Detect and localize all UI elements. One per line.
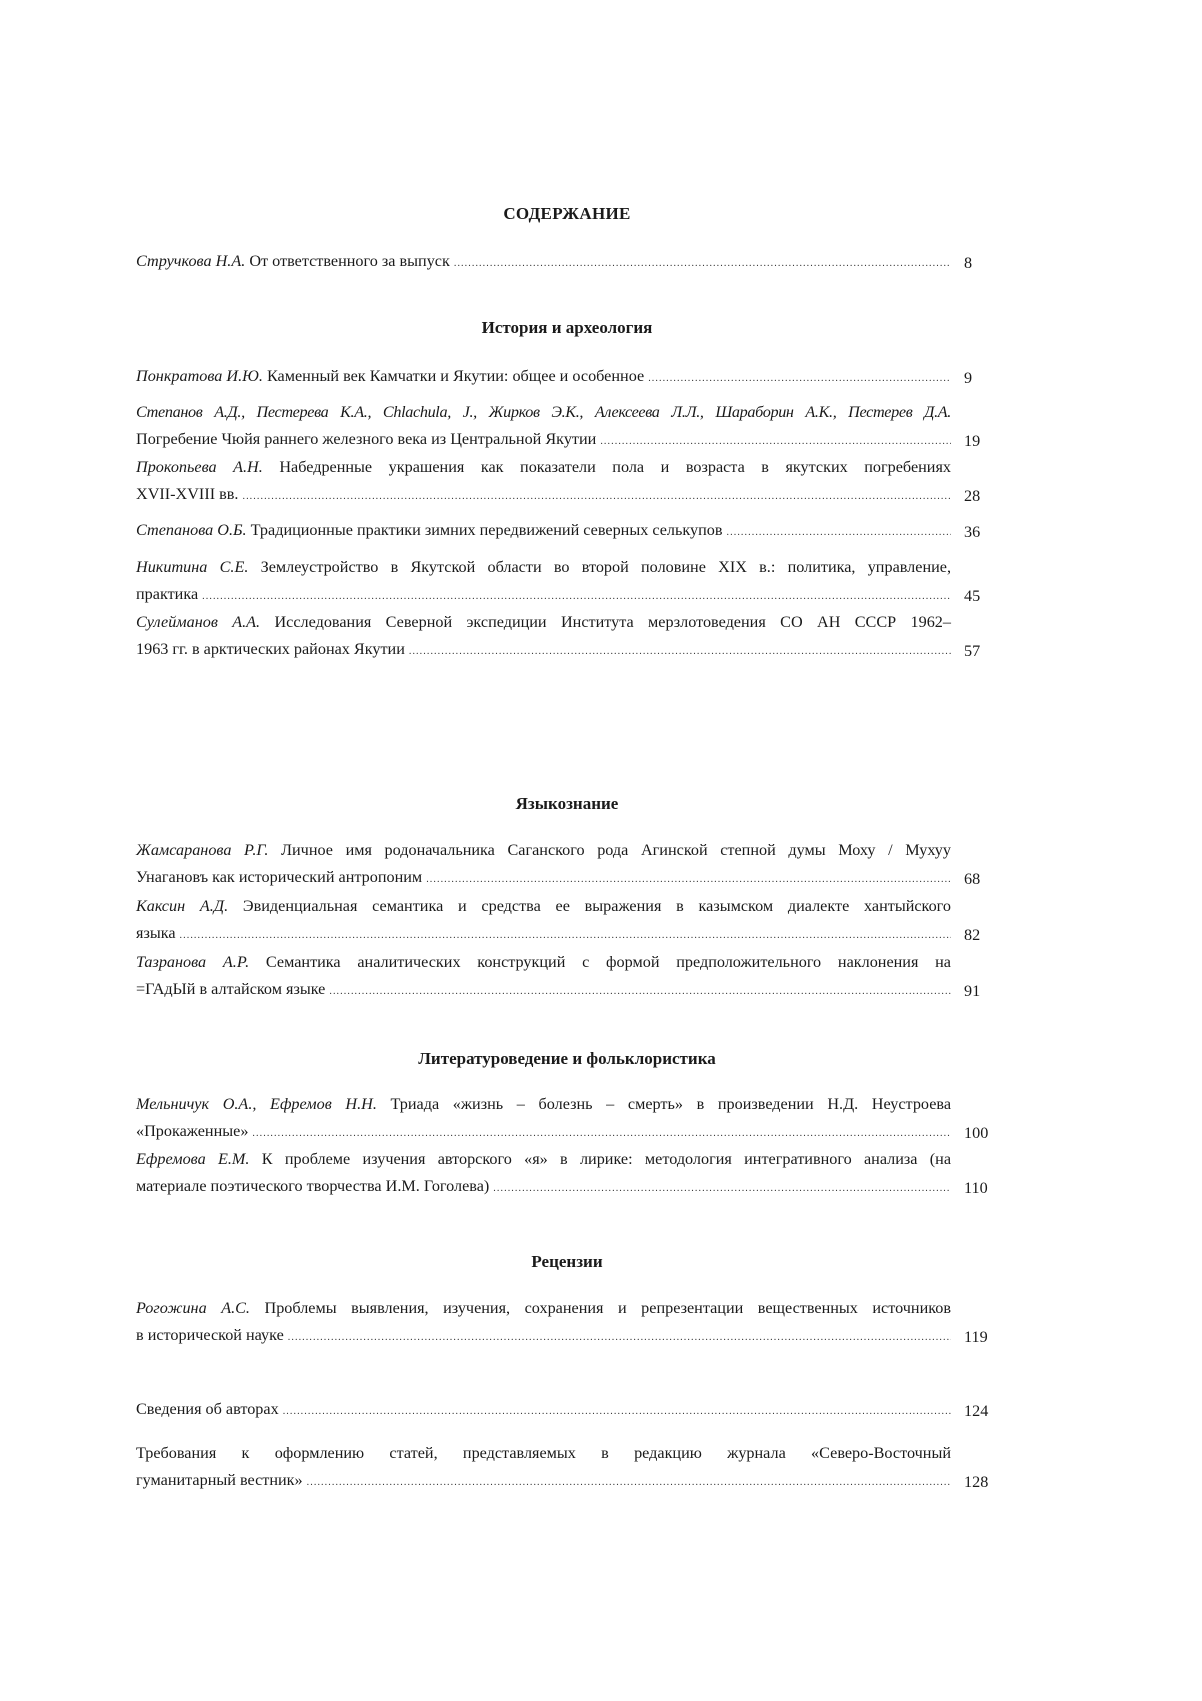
entry-page-number: 91 bbox=[964, 978, 1004, 1005]
dot-leader bbox=[180, 922, 951, 949]
toc-entry[interactable]: Мельничук О.А., Ефремов Н.Н. Триада «жиз… bbox=[136, 1091, 988, 1147]
entry-title: К проблеме изучения авторского «я» в лир… bbox=[262, 1150, 951, 1168]
entry-page-number: 82 bbox=[964, 922, 1004, 949]
entry-title: Триада «жизнь – болезнь – смерть» в прои… bbox=[391, 1095, 951, 1113]
entry-author: Никитина С.Е. bbox=[136, 558, 248, 576]
toc-entry[interactable]: Прокопьева А.Н. Набедренные украшения ка… bbox=[136, 454, 988, 510]
entry-title-cont: 1963 гг. в арктических районах Якутии bbox=[136, 636, 405, 663]
entry-page-number: 128 bbox=[964, 1469, 1004, 1496]
entry-title: Традиционные практики зимних передвижени… bbox=[251, 521, 723, 539]
dot-leader bbox=[307, 1469, 951, 1496]
entry-author: Тазранова А.Р. bbox=[136, 953, 249, 971]
dot-leader bbox=[426, 866, 951, 893]
entry-page-number: 9 bbox=[964, 365, 1004, 392]
entry-page-number: 110 bbox=[964, 1175, 1004, 1202]
toc-entry[interactable]: Сулейманов А.А. Исследования Северной эк… bbox=[136, 609, 988, 665]
toc-entry-authors-info[interactable]: Сведения об авторах 124 bbox=[136, 1396, 988, 1425]
entry-author: Степанова О.Б. bbox=[136, 521, 247, 539]
entry-author: Степанов А.Д., Пестерева К.А., Chlachula… bbox=[136, 399, 951, 426]
entry-author: Сулейманов А.А. bbox=[136, 613, 260, 631]
dot-leader bbox=[493, 1175, 951, 1202]
dot-leader bbox=[454, 250, 951, 277]
entry-title-cont: гуманитарный вестник» bbox=[136, 1467, 303, 1494]
entry-title-cont: =ГАдЫй в алтайском языке bbox=[136, 976, 325, 1003]
entry-title: От ответственного за выпуск bbox=[249, 252, 450, 270]
dot-leader bbox=[409, 638, 951, 665]
entry-page-number: 57 bbox=[964, 638, 1004, 665]
toc-entry[interactable]: Никитина С.Е. Землеустройство в Якутской… bbox=[136, 554, 988, 610]
toc-entry-requirements[interactable]: Требования к оформлению статей, представ… bbox=[136, 1440, 988, 1496]
entry-page-number: 100 bbox=[964, 1120, 1004, 1147]
toc-entry[interactable]: Ефремова Е.М. К проблеме изучения авторс… bbox=[136, 1146, 988, 1202]
entry-page-number: 124 bbox=[964, 1398, 1004, 1425]
entry-title: Проблемы выявления, изучения, сохранения… bbox=[265, 1299, 952, 1317]
entry-page-number: 8 bbox=[964, 250, 1004, 277]
dot-leader bbox=[648, 365, 951, 392]
entry-page-number: 19 bbox=[964, 428, 1004, 455]
toc-entry[interactable]: Каксин А.Д. Эвиденциальная семантика и с… bbox=[136, 893, 988, 949]
entry-title: Эвиденциальная семантика и средства ее в… bbox=[243, 897, 951, 915]
entry-title-cont: материале поэтического творчества И.М. Г… bbox=[136, 1173, 489, 1200]
toc-entry[interactable]: Тазранова А.Р. Семантика аналитических к… bbox=[136, 949, 988, 1005]
entry-title-cont: XVII-XVIII вв. bbox=[136, 481, 238, 508]
entry-page-number: 68 bbox=[964, 866, 1004, 893]
section-title-history: История и археология bbox=[136, 318, 998, 338]
dot-leader bbox=[202, 583, 951, 610]
entry-title: Сведения об авторах bbox=[136, 1396, 279, 1423]
entry-page-number: 45 bbox=[964, 583, 1004, 610]
toc-entry[interactable]: Степанова О.Б. Традиционные практики зим… bbox=[136, 517, 988, 546]
entry-title: Семантика аналитических конструкций с фо… bbox=[266, 953, 951, 971]
entry-author: Рогожина А.С. bbox=[136, 1299, 250, 1317]
toc-entry-intro[interactable]: Стручкова Н.А. От ответственного за выпу… bbox=[136, 248, 988, 277]
entry-author: Понкратова И.Ю. bbox=[136, 367, 263, 385]
dot-leader bbox=[600, 428, 951, 455]
entry-title: Землеустройство в Якутской области во вт… bbox=[261, 558, 951, 576]
entry-page-number: 28 bbox=[964, 483, 1004, 510]
entry-title-cont: практика bbox=[136, 581, 198, 608]
entry-title-cont: «Прокаженные» bbox=[136, 1118, 248, 1145]
entry-title: Каменный век Камчатки и Якутии: общее и … bbox=[267, 367, 644, 385]
dot-leader bbox=[329, 978, 951, 1005]
entry-author: Ефремова Е.М. bbox=[136, 1150, 249, 1168]
entry-title: Требования к оформлению статей, представ… bbox=[136, 1440, 951, 1467]
toc-entry[interactable]: Жамсаранова Р.Г. Личное имя родоначальни… bbox=[136, 837, 988, 893]
entry-author: Каксин А.Д. bbox=[136, 897, 228, 915]
section-title-linguistics: Языкознание bbox=[136, 794, 998, 814]
entry-title-cont: языка bbox=[136, 920, 176, 947]
toc-entry[interactable]: Степанов А.Д., Пестерева К.А., Chlachula… bbox=[136, 399, 988, 455]
entry-author: Стручкова Н.А. bbox=[136, 252, 245, 270]
dot-leader bbox=[288, 1324, 951, 1351]
entry-page-number: 119 bbox=[964, 1324, 1004, 1351]
entry-title: Набедренные украшения как показатели пол… bbox=[279, 458, 951, 476]
entry-page-number: 36 bbox=[964, 519, 1004, 546]
dot-leader bbox=[242, 483, 951, 510]
toc-entry[interactable]: Понкратова И.Ю. Каменный век Камчатки и … bbox=[136, 363, 988, 392]
entry-title: Исследования Северной экспедиции Институ… bbox=[274, 613, 951, 631]
page-title: СОДЕРЖАНИЕ bbox=[136, 204, 998, 224]
toc-entry[interactable]: Рогожина А.С. Проблемы выявления, изучен… bbox=[136, 1295, 988, 1351]
entry-title: Погребение Чюйя раннего железного века и… bbox=[136, 426, 596, 453]
dot-leader bbox=[283, 1398, 951, 1425]
entry-title-cont: Унагановъ как исторический антропоним bbox=[136, 864, 422, 891]
entry-author: Жамсаранова Р.Г. bbox=[136, 841, 268, 859]
entry-author: Мельничук О.А., Ефремов Н.Н. bbox=[136, 1095, 377, 1113]
entry-author: Прокопьева А.Н. bbox=[136, 458, 263, 476]
section-title-literature: Литературоведение и фольклористика bbox=[136, 1049, 998, 1069]
dot-leader bbox=[727, 519, 951, 546]
section-title-reviews: Рецензии bbox=[136, 1252, 998, 1272]
dot-leader bbox=[252, 1120, 951, 1147]
entry-title-cont: в исторической науке bbox=[136, 1322, 284, 1349]
entry-title: Личное имя родоначальника Саганского род… bbox=[281, 841, 951, 859]
